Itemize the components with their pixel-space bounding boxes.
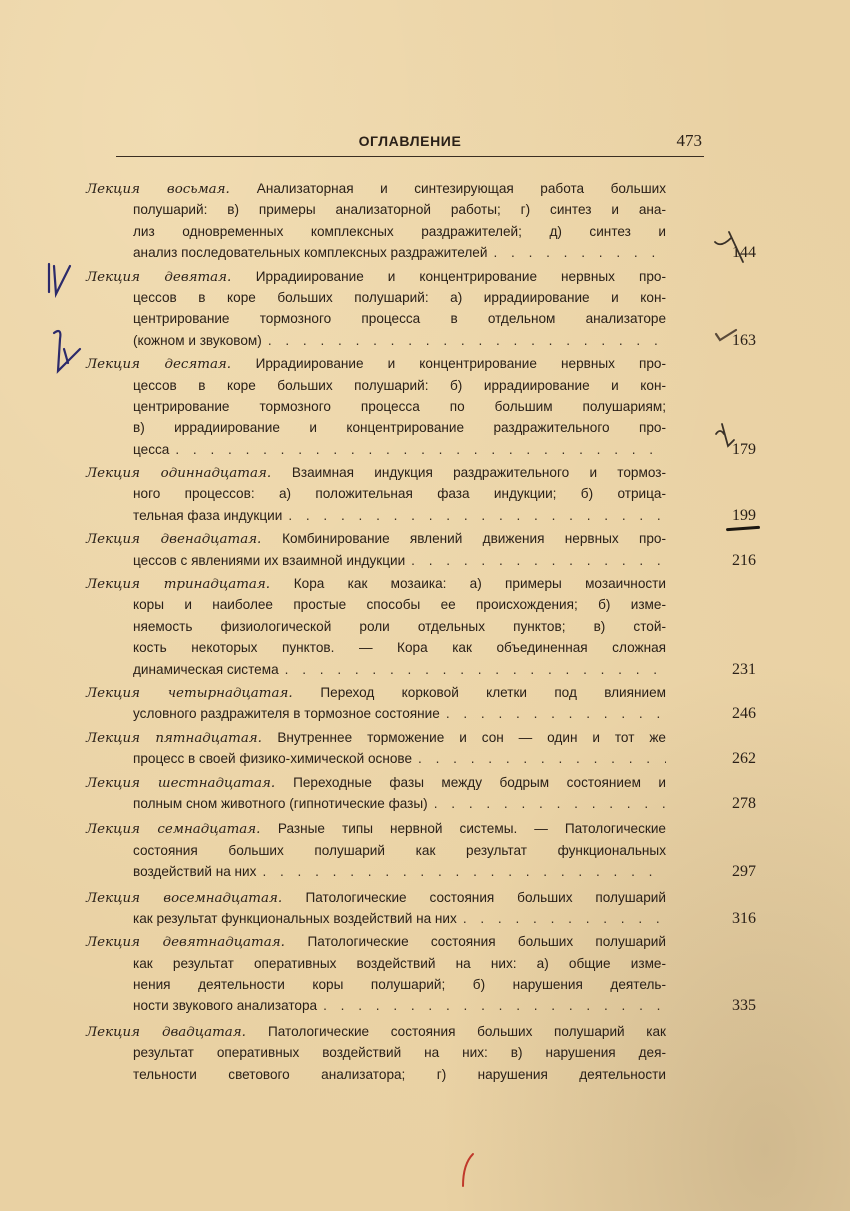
lecture-label: Лекция двенадцатая.: [86, 532, 282, 547]
toc-entry[interactable]: Лекция восемнадцатая. Патологические сос…: [86, 887, 666, 930]
toc-entry[interactable]: Лекция тринадцатая. Кора как мозаика: а)…: [86, 573, 666, 680]
toc-entry[interactable]: Лекция двадцатая. Патологические состоян…: [86, 1021, 666, 1085]
toc-entry-line: Лекция девятая. Иррадиирование и концент…: [86, 266, 666, 287]
toc-entry-line: анализ последовательных комплексных разд…: [86, 242, 666, 263]
toc-page-number[interactable]: 199: [716, 505, 756, 526]
toc-entry-line: няемость физиологической роли отдельных …: [86, 616, 666, 637]
toc-entry-line: Лекция пятнадцатая. Внутреннее торможени…: [86, 727, 666, 748]
toc-entry-line: Лекция шестнадцатая. Переходные фазы меж…: [86, 772, 666, 793]
lecture-label: Лекция одиннадцатая.: [86, 466, 292, 481]
toc-entry[interactable]: Лекция семнадцатая. Разные типы нервной …: [86, 818, 666, 882]
toc-page-number[interactable]: 216: [716, 550, 756, 571]
roman-v-mark-icon: [50, 327, 90, 377]
dot-leader: . . . . . . . . . . . . . . . . . . . . …: [175, 439, 666, 460]
toc-entry-line: воздействий на них. . . . . . . . . . . …: [86, 861, 666, 882]
toc-entry-line: Лекция одиннадцатая. Взаимная индукция р…: [86, 462, 666, 483]
toc-page-number[interactable]: 278: [716, 793, 756, 814]
dot-leader: . . . . . . . . . . . . . . . . . . . . …: [285, 659, 666, 680]
toc-entry-line: как результат функциональных воздействий…: [86, 908, 666, 929]
toc-entry[interactable]: Лекция двенадцатая. Комбинирование явлен…: [86, 528, 666, 571]
dot-leader: . . . . . . . . . . . . . . . . . . . . …: [434, 793, 666, 814]
table-of-contents: Лекция восьмая. Анализаторная и синтезир…: [86, 178, 666, 1087]
toc-page-number[interactable]: 231: [716, 659, 756, 680]
toc-entry-line: процесс в своей физико-химической основе…: [86, 748, 666, 769]
toc-entry-line: Лекция девятнадцатая. Патологические сос…: [86, 931, 666, 952]
toc-entry-line: Лекция семнадцатая. Разные типы нервной …: [86, 818, 666, 839]
lecture-label: Лекция четырнадцатая.: [86, 686, 320, 701]
toc-entry-line: (кожном и звуковом). . . . . . . . . . .…: [86, 330, 666, 351]
dot-leader: . . . . . . . . . . . . . . . . . . . . …: [446, 703, 666, 724]
lecture-label: Лекция восьмая.: [86, 182, 257, 197]
red-ink-mark-icon: [455, 1150, 495, 1200]
toc-entry[interactable]: Лекция девятнадцатая. Патологические сос…: [86, 931, 666, 1017]
toc-entry-line: цесса. . . . . . . . . . . . . . . . . .…: [86, 439, 666, 460]
toc-entry-line: Лекция восьмая. Анализаторная и синтезир…: [86, 178, 666, 199]
toc-entry-line: Лекция десятая. Иррадиирование и концент…: [86, 353, 666, 374]
lecture-label: Лекция тринадцатая.: [86, 577, 294, 592]
toc-entry-line: Лекция восемнадцатая. Патологические сос…: [86, 887, 666, 908]
toc-entry-line: результат оперативных воздействий на них…: [86, 1042, 666, 1063]
toc-entry-line: центрирование тормозного процесса по бол…: [86, 396, 666, 417]
toc-entry-line: в) иррадиирование и концентрирование раз…: [86, 417, 666, 438]
toc-entry[interactable]: Лекция шестнадцатая. Переходные фазы меж…: [86, 772, 666, 815]
header-title: ОГЛАВЛЕНИЕ: [116, 133, 704, 149]
toc-page-number[interactable]: 335: [716, 995, 756, 1016]
toc-entry-line: цессов с явлениями их взаимной индукции.…: [86, 550, 666, 571]
dot-leader: . . . . . . . . . . . . . . . . . . . . …: [262, 861, 666, 882]
lecture-label: Лекция восемнадцатая.: [86, 891, 306, 906]
toc-page-number[interactable]: 262: [716, 748, 756, 769]
lecture-label: Лекция десятая.: [86, 357, 256, 372]
toc-entry[interactable]: Лекция девятая. Иррадиирование и концент…: [86, 266, 666, 352]
lecture-label: Лекция пятнадцатая.: [86, 731, 277, 746]
toc-page-number[interactable]: 297: [716, 861, 756, 882]
toc-page-number[interactable]: 179: [716, 439, 756, 460]
roman-iv-mark-icon: [44, 260, 84, 300]
toc-entry[interactable]: Лекция одиннадцатая. Взаимная индукция р…: [86, 462, 666, 526]
toc-entry-line: Лекция двенадцатая. Комбинирование явлен…: [86, 528, 666, 549]
toc-entry-line: полушарий: в) примеры анализаторной рабо…: [86, 199, 666, 220]
toc-entry-line: лиз одновременных комплексных раздражите…: [86, 221, 666, 242]
dot-leader: . . . . . . . . . . . . . . . . . . . . …: [463, 908, 666, 929]
toc-entry-line: нения деятельности коры полушарий; б) на…: [86, 974, 666, 995]
toc-entry-line: динамическая система. . . . . . . . . . …: [86, 659, 666, 680]
toc-entry-line: центрирование тормозного процесса в отде…: [86, 308, 666, 329]
page-number: 473: [677, 131, 703, 151]
dot-leader: . . . . . . . . . . . . . . . . . . . . …: [493, 242, 666, 263]
toc-entry[interactable]: Лекция пятнадцатая. Внутреннее торможени…: [86, 727, 666, 770]
toc-page-number[interactable]: 163: [716, 330, 756, 351]
toc-entry-line: кость некоторых пунктов. — Кора как объе…: [86, 637, 666, 658]
toc-entry-line: тельности светового анализатора; г) нару…: [86, 1064, 666, 1085]
toc-entry[interactable]: Лекция десятая. Иррадиирование и концент…: [86, 353, 666, 460]
dot-leader: . . . . . . . . . . . . . . . . . . . . …: [288, 505, 666, 526]
toc-entry-line: цессов в коре больших полушарий: а) ирра…: [86, 287, 666, 308]
toc-entry-line: коры и наиболее простые способы ее проис…: [86, 594, 666, 615]
toc-entry-line: полным сном животного (гипнотические фаз…: [86, 793, 666, 814]
toc-page-number[interactable]: 144: [716, 242, 756, 263]
dot-leader: . . . . . . . . . . . . . . . . . . . . …: [268, 330, 666, 351]
lecture-label: Лекция девятая.: [86, 270, 256, 285]
toc-page-number[interactable]: 246: [716, 703, 756, 724]
toc-entry[interactable]: Лекция восьмая. Анализаторная и синтезир…: [86, 178, 666, 264]
lecture-label: Лекция семнадцатая.: [86, 822, 278, 837]
dot-leader: . . . . . . . . . . . . . . . . . . . . …: [323, 995, 666, 1016]
running-header: ОГЛАВЛЕНИЕ 473: [116, 130, 704, 157]
toc-entry-line: ного процессов: а) положительная фаза ин…: [86, 483, 666, 504]
toc-entry-line: ности звукового анализатора. . . . . . .…: [86, 995, 666, 1016]
toc-entry-line: тельная фаза индукции. . . . . . . . . .…: [86, 505, 666, 526]
lecture-label: Лекция шестнадцатая.: [86, 776, 293, 791]
toc-entry-line: Лекция тринадцатая. Кора как мозаика: а)…: [86, 573, 666, 594]
dot-leader: . . . . . . . . . . . . . . . . . . . . …: [411, 550, 666, 571]
toc-entry-line: Лекция четырнадцатая. Переход корковой к…: [86, 682, 666, 703]
toc-page-number[interactable]: 316: [716, 908, 756, 929]
toc-entry-line: как результат оперативных воздействий на…: [86, 953, 666, 974]
lecture-label: Лекция девятнадцатая.: [86, 935, 308, 950]
toc-entry-line: цессов в коре больших полушарий: б) ирра…: [86, 375, 666, 396]
toc-entry[interactable]: Лекция четырнадцатая. Переход корковой к…: [86, 682, 666, 725]
toc-entry-line: состояния больших полушарий как результа…: [86, 840, 666, 861]
toc-entry-line: условного раздражителя в тормозное состо…: [86, 703, 666, 724]
lecture-label: Лекция двадцатая.: [86, 1025, 268, 1040]
toc-entry-line: Лекция двадцатая. Патологические состоян…: [86, 1021, 666, 1042]
dot-leader: . . . . . . . . . . . . . . . . . . . . …: [418, 748, 666, 769]
